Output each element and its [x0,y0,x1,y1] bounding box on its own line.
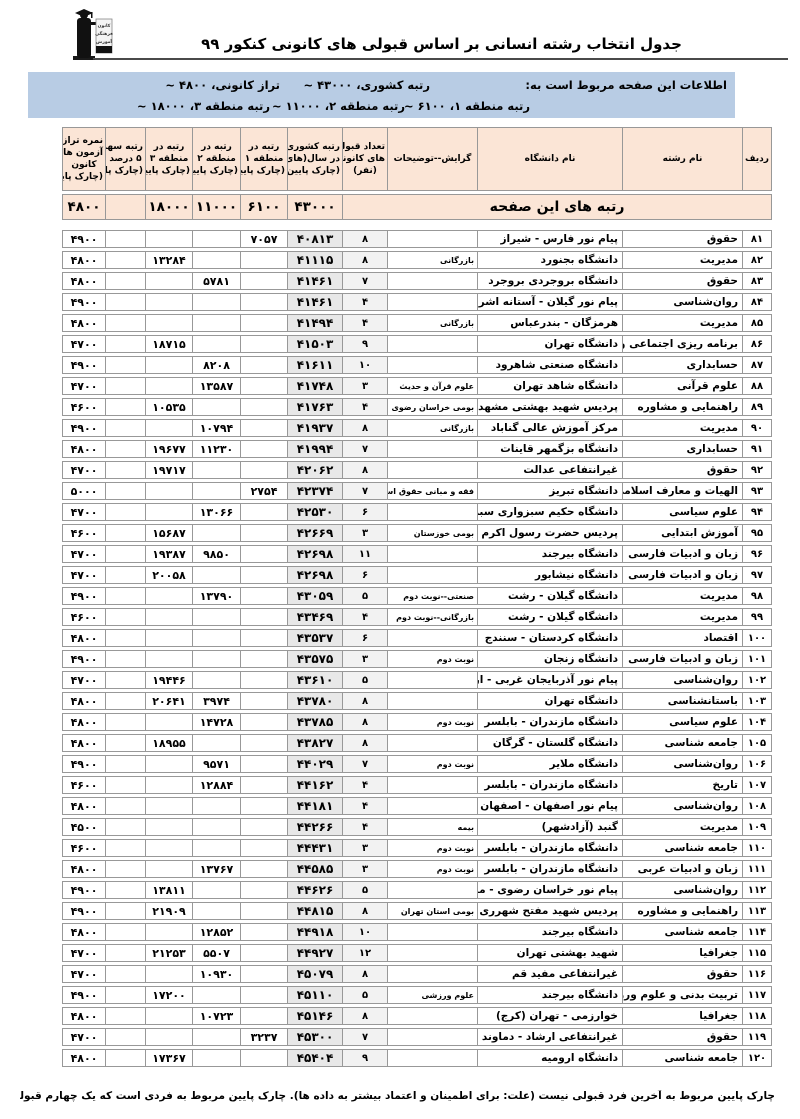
cell-university: دانشگاه زنجان [477,650,622,668]
cell-score: ۴۸۰۰ [62,440,105,458]
cell-notes [387,797,477,815]
table-row: ۹۸مدیریتدانشگاه گیلان - رشتصنعتی--نوبت د… [62,587,772,605]
cell-count: ۴ [342,314,387,332]
cell-region3: ۱۹۶۷۷ [145,440,192,458]
cell-notes [387,944,477,962]
cell-notes: صنعتی--نوبت دوم [387,587,477,605]
cell-region2: ۱۲۸۸۴ [192,776,240,794]
summary-region3: ۱۸۰۰۰ [145,194,192,220]
cell-university: خوارزمی - تهران (کرج) [477,1007,622,1025]
cell-count: ۸ [342,965,387,983]
cell-row: ۹۶ [742,545,772,563]
cell-count: ۶ [342,629,387,647]
cell-row: ۱۰۶ [742,755,772,773]
cell-notes [387,440,477,458]
cell-row: ۱۱۸ [742,1007,772,1025]
cell-quota5 [105,755,145,773]
cell-notes: نوبت دوم [387,755,477,773]
cell-count: ۳ [342,377,387,395]
cell-notes [387,503,477,521]
cell-region1 [240,293,287,311]
cell-university: دانشگاه نیشابور [477,566,622,584]
cell-row: ۱۰۴ [742,713,772,731]
cell-university: دانشگاه ارومیه [477,1049,622,1067]
cell-major: باستانشناسی [622,692,742,710]
summary-region1: ۶۱۰۰ [240,194,287,220]
cell-region3 [145,230,192,248]
cell-national: ۴۳۶۱۰ [287,671,342,689]
table-row: ۸۶برنامه ریزی اجتماعی و تعاوندانشگاه تهر… [62,335,772,353]
cell-notes: علوم قرآن و حدیث [387,377,477,395]
cell-score: ۴۶۰۰ [62,524,105,542]
info-label: اطلاعات این صفحه مربوط است به: [525,78,727,92]
cell-score: ۴۸۰۰ [62,923,105,941]
cell-notes: بومی استان تهران [387,902,477,920]
cell-score: ۴۸۰۰ [62,272,105,290]
cell-count: ۸ [342,251,387,269]
cell-national: ۴۴۰۲۹ [287,755,342,773]
cell-score: ۴۹۰۰ [62,881,105,899]
cell-score: ۴۷۰۰ [62,965,105,983]
cell-region1 [240,755,287,773]
cell-major: اقتصاد [622,629,742,647]
cell-count: ۱۲ [342,944,387,962]
cell-major: حقوق [622,461,742,479]
cell-region2: ۳۹۷۴ [192,692,240,710]
cell-row: ۸۳ [742,272,772,290]
cell-quota5 [105,944,145,962]
table-row: ۸۷حسابداریدانشگاه صنعتی شاهرود۱۰۴۱۶۱۱۸۲۰… [62,356,772,374]
column-header-count: تعداد قبولیهای کانونی(نفر) [342,127,387,191]
cell-region2: ۸۲۰۸ [192,356,240,374]
cell-count: ۳ [342,650,387,668]
cell-region1 [240,965,287,983]
cell-quota5 [105,272,145,290]
cell-national: ۴۵۱۱۰ [287,986,342,1004]
cell-national: ۴۱۴۶۱ [287,293,342,311]
table-row: ۸۳حقوقدانشگاه بروجردی بروجرد۷۴۱۴۶۱۵۷۸۱۴۸… [62,272,772,290]
cell-national: ۴۴۴۳۱ [287,839,342,857]
cell-major: مدیریت [622,608,742,626]
cell-major: تاریخ [622,776,742,794]
cell-count: ۵ [342,587,387,605]
cell-score: ۴۸۰۰ [62,713,105,731]
cell-university: پیام نور آذربایجان غربی - ارومیه [477,671,622,689]
cell-quota5 [105,671,145,689]
cell-score: ۴۸۰۰ [62,1049,105,1067]
cell-region3 [145,818,192,836]
cell-region2: ۱۲۸۵۲ [192,923,240,941]
cell-score: ۴۷۰۰ [62,944,105,962]
cell-count: ۳ [342,839,387,857]
cell-notes: علوم ورزشی [387,986,477,1004]
cell-count: ۱۰ [342,356,387,374]
cell-quota5 [105,566,145,584]
cell-quota5 [105,440,145,458]
cell-region3 [145,377,192,395]
column-header-region1: رتبه درمنطقه ۱(چارک پایین) [240,127,287,191]
cell-quota5 [105,356,145,374]
cell-region3: ۱۹۷۱۷ [145,461,192,479]
cell-region1 [240,902,287,920]
cell-region2 [192,398,240,416]
cell-major: روان‌شناسی [622,671,742,689]
cell-national: ۴۳۵۳۷ [287,629,342,647]
cell-major: جغرافیا [622,944,742,962]
cell-national: ۴۲۵۳۰ [287,503,342,521]
cell-national: ۴۵۱۴۶ [287,1007,342,1025]
cell-national: ۴۰۸۱۳ [287,230,342,248]
cell-count: ۱۱ [342,545,387,563]
cell-notes [387,923,477,941]
cell-national: ۴۳۰۵۹ [287,587,342,605]
cell-quota5 [105,650,145,668]
cell-notes [387,692,477,710]
cell-notes [387,272,477,290]
cell-national: ۴۴۱۸۱ [287,797,342,815]
cell-quota5 [105,902,145,920]
cell-region3 [145,314,192,332]
table-row: ۱۱۲روان‌شناسیپیام نور خراسان رضوی - مشهد… [62,881,772,899]
cell-score: ۴۷۰۰ [62,671,105,689]
cell-region3: ۱۳۲۸۴ [145,251,192,269]
table-row: ۸۱حقوقپیام نور فارس - شیراز۸۴۰۸۱۳۷۰۵۷۴۹۰… [62,230,772,248]
cell-score: ۴۸۰۰ [62,797,105,815]
cell-score: ۴۸۰۰ [62,734,105,752]
cell-region3: ۱۵۶۸۷ [145,524,192,542]
cell-score: ۴۸۰۰ [62,692,105,710]
cell-region3 [145,755,192,773]
cell-row: ۱۰۳ [742,692,772,710]
cell-count: ۷ [342,482,387,500]
cell-region1 [240,734,287,752]
cell-count: ۹ [342,1049,387,1067]
table-row: ۱۰۱زبان و ادبیات فارسیدانشگاه زنجاننوبت … [62,650,772,668]
cell-university: دانشگاه بروجردی بروجرد [477,272,622,290]
cell-row: ۸۱ [742,230,772,248]
cell-notes: بازرگانی [387,419,477,437]
cell-region1 [240,377,287,395]
cell-quota5 [105,839,145,857]
cell-notes [387,776,477,794]
cell-university: دانشگاه تبریز [477,482,622,500]
cell-region2: ۹۵۷۱ [192,755,240,773]
cell-row: ۹۳ [742,482,772,500]
cell-quota5 [105,419,145,437]
cell-region2: ۱۴۷۲۸ [192,713,240,731]
cell-count: ۱۰ [342,923,387,941]
cell-region1 [240,419,287,437]
cell-row: ۹۷ [742,566,772,584]
cell-university: مرکز آموزش عالی گناباد [477,419,622,437]
cell-university: پیام نور خراسان رضوی - مشهد [477,881,622,899]
cell-region1 [240,692,287,710]
cell-quota5 [105,713,145,731]
table-row: ۸۸علوم قرآنیدانشگاه شاهد تهرانعلوم قرآن … [62,377,772,395]
cell-row: ۱۰۹ [742,818,772,836]
cell-region1: ۲۷۵۴ [240,482,287,500]
cell-score: ۴۶۰۰ [62,776,105,794]
cell-region2 [192,566,240,584]
cell-national: ۴۱۴۶۱ [287,272,342,290]
cell-count: ۵ [342,671,387,689]
table-header-row: ردیفنام رشتهنام دانشگاهگرایش--توضیحاتتعد… [62,127,772,191]
cell-region3 [145,650,192,668]
cell-major: زبان و ادبیات فارسی [622,545,742,563]
cell-university: غیرانتفاعی مفید قم [477,965,622,983]
cell-row: ۱۲۰ [742,1049,772,1067]
cell-score: ۴۷۰۰ [62,1028,105,1046]
cell-national: ۴۱۹۹۴ [287,440,342,458]
cell-quota5 [105,587,145,605]
cell-region1 [240,398,287,416]
cell-count: ۸ [342,902,387,920]
cell-national: ۴۲۶۶۹ [287,524,342,542]
cell-count: ۴ [342,608,387,626]
summary-region2: ۱۱۰۰۰ [192,194,240,220]
cell-university: گنبد (آزادشهر) [477,818,622,836]
cell-region2 [192,335,240,353]
cell-region3: ۱۸۷۱۵ [145,335,192,353]
cell-major: زبان و ادبیات عربی [622,860,742,878]
cell-national: ۴۳۷۸۵ [287,713,342,731]
cell-quota5 [105,293,145,311]
cell-score: ۴۶۰۰ [62,398,105,416]
cell-count: ۸ [342,692,387,710]
cell-quota5 [105,398,145,416]
cell-count: ۸ [342,230,387,248]
cell-national: ۴۳۸۲۷ [287,734,342,752]
cell-national: ۴۳۷۸۰ [287,692,342,710]
cell-university: دانشگاه تهران [477,335,622,353]
cell-major: مدیریت [622,251,742,269]
cell-score: ۴۷۰۰ [62,503,105,521]
cell-major: زبان و ادبیات فارسی [622,650,742,668]
cell-national: ۴۱۷۴۸ [287,377,342,395]
cell-row: ۸۶ [742,335,772,353]
cell-region2: ۱۳۵۸۷ [192,377,240,395]
cell-region3 [145,713,192,731]
cell-row: ۹۵ [742,524,772,542]
cell-row: ۱۱۱ [742,860,772,878]
cell-quota5 [105,776,145,794]
cell-region3 [145,965,192,983]
cell-quota5 [105,335,145,353]
table-row: ۱۱۹حقوقغیرانتفاعی ارشاد - دماوند (تهران)… [62,1028,772,1046]
cell-region2 [192,902,240,920]
cell-university: دانشگاه گلستان - گرگان [477,734,622,752]
info-kanoon-score: تراز کانونی، ۴۸۰۰ ~ [165,78,280,92]
cell-count: ۷ [342,1028,387,1046]
table-row: ۹۲حقوقغیرانتفاعی عدالت۸۴۲۰۶۲۱۹۷۱۷۴۷۰۰ [62,461,772,479]
cell-row: ۱۱۳ [742,902,772,920]
cell-national: ۴۲۰۶۲ [287,461,342,479]
cell-region1 [240,272,287,290]
cell-count: ۳ [342,860,387,878]
cell-quota5 [105,797,145,815]
cell-region2 [192,839,240,857]
cell-university: دانشگاه مازندران - بابلسر [477,713,622,731]
cell-university: دانشگاه مازندران - بابلسر [477,839,622,857]
summary-quota5 [105,194,145,220]
cell-major: مدیریت [622,818,742,836]
cell-region1 [240,608,287,626]
cell-national: ۴۵۳۰۰ [287,1028,342,1046]
cell-count: ۴ [342,398,387,416]
table-row: ۱۱۸جغرافیاخوارزمی - تهران (کرج)۸۴۵۱۴۶۱۰۷… [62,1007,772,1025]
cell-region3: ۱۷۲۰۰ [145,986,192,1004]
cell-score: ۴۸۰۰ [62,314,105,332]
cell-major: جامعه شناسی [622,1049,742,1067]
cell-quota5 [105,1007,145,1025]
cell-university: دانشگاه حکیم سبزواری سبزوار [477,503,622,521]
cell-count: ۹ [342,335,387,353]
cell-score: ۴۹۰۰ [62,293,105,311]
cell-score: ۴۷۰۰ [62,335,105,353]
cell-region3: ۱۳۸۱۱ [145,881,192,899]
cell-region3 [145,587,192,605]
cell-score: ۴۷۰۰ [62,377,105,395]
cell-region1 [240,671,287,689]
page-info-banner: اطلاعات این صفحه مربوط است به: رتبه کشور… [28,72,735,118]
table-row: ۱۰۳باستانشناسیدانشگاه تهران۸۴۳۷۸۰۳۹۷۴۲۰۶… [62,692,772,710]
cell-row: ۹۴ [742,503,772,521]
cell-quota5 [105,692,145,710]
cell-row: ۸۵ [742,314,772,332]
cell-notes: نوبت دوم [387,650,477,668]
spacer-row [62,223,772,227]
cell-count: ۶ [342,566,387,584]
cell-score: ۵۰۰۰ [62,482,105,500]
cell-quota5 [105,1028,145,1046]
cell-major: روان‌شناسی [622,881,742,899]
cell-region2 [192,671,240,689]
cell-major: برنامه ریزی اجتماعی و تعاون [622,335,742,353]
cell-region3: ۲۰۰۵۸ [145,566,192,584]
cell-notes [387,545,477,563]
cell-university: غیرانتفاعی عدالت [477,461,622,479]
cell-national: ۴۴۲۶۶ [287,818,342,836]
cell-university: دانشگاه گیلان - رشت [477,587,622,605]
cell-national: ۴۱۶۱۱ [287,356,342,374]
cell-row: ۱۰۸ [742,797,772,815]
cell-quota5 [105,860,145,878]
cell-region1 [240,923,287,941]
table-row: ۹۶زبان و ادبیات فارسیدانشگاه بیرجند۱۱۴۲۶… [62,545,772,563]
cell-region3: ۱۹۴۴۶ [145,671,192,689]
cell-region2 [192,230,240,248]
cell-national: ۴۱۴۹۴ [287,314,342,332]
table-row: ۸۵مدیریتهرمزگان - بندرعباسبازرگانی۴۴۱۴۹۴… [62,314,772,332]
cell-national: ۴۵۴۰۴ [287,1049,342,1067]
cell-quota5 [105,608,145,626]
column-header-score: نمره تراز درآزمون هایکانون(چارک پایین) [62,127,105,191]
cell-notes [387,335,477,353]
cell-row: ۱۰۲ [742,671,772,689]
cell-notes: نوبت دوم [387,713,477,731]
table-row: ۱۱۶حقوقغیرانتفاعی مفید قم۸۴۵۰۷۹۱۰۹۳۰۴۷۰۰ [62,965,772,983]
table-row: ۱۰۹مدیریتگنبد (آزادشهر)بیمه۴۴۴۲۶۶۴۵۰۰ [62,818,772,836]
cell-row: ۱۰۷ [742,776,772,794]
table-row: ۹۵آموزش ابتداییپردیس حضرت رسول اکرم اهوا… [62,524,772,542]
cell-university: دانشگاه شاهد تهران [477,377,622,395]
cell-region3: ۱۹۳۸۷ [145,545,192,563]
footer-note: چارک پایین مربوط به آخرین فرد قبولی نیست… [20,1090,775,1102]
cell-count: ۸ [342,734,387,752]
cell-region2 [192,1049,240,1067]
column-header-row: ردیف [742,127,772,191]
cell-quota5 [105,629,145,647]
cell-notes [387,734,477,752]
cell-region1 [240,818,287,836]
cell-count: ۶ [342,503,387,521]
cell-count: ۸ [342,419,387,437]
cell-region1 [240,986,287,1004]
cell-major: روان‌شناسی [622,293,742,311]
cell-region3 [145,797,192,815]
cell-notes [387,881,477,899]
cell-region2: ۹۸۵۰ [192,545,240,563]
cell-score: ۴۹۰۰ [62,356,105,374]
cell-quota5 [105,314,145,332]
cell-region1 [240,839,287,857]
admissions-table: ردیفنام رشتهنام دانشگاهگرایش--توضیحاتتعد… [62,124,772,1070]
table-row: ۸۹راهنمایی و مشاورهپردیس شهید بهشتی مشهد… [62,398,772,416]
cell-notes: بازرگانی [387,251,477,269]
cell-count: ۴ [342,293,387,311]
cell-row: ۱۰۱ [742,650,772,668]
cell-row: ۱۰۵ [742,734,772,752]
cell-university: دانشگاه بیرجند [477,986,622,1004]
cell-region3: ۲۰۶۴۱ [145,692,192,710]
cell-major: زبان و ادبیات فارسی [622,566,742,584]
table-row: ۱۰۰اقتصاددانشگاه کردستان - سنندج۶۴۳۵۳۷۴۸… [62,629,772,647]
cell-major: حسابداری [622,356,742,374]
cell-score: ۴۷۰۰ [62,461,105,479]
cell-row: ۸۷ [742,356,772,374]
info-region3-rank: رتبه منطقه ۳، ۱۸۰۰۰ ~ [137,99,270,113]
column-header-notes: گرایش--توضیحات [387,127,477,191]
cell-university: هرمزگان - بندرعباس [477,314,622,332]
cell-quota5 [105,251,145,269]
cell-major: حقوق [622,965,742,983]
cell-university: دانشگاه صنعتی شاهرود [477,356,622,374]
cell-university: دانشگاه بجنورد [477,251,622,269]
cell-notes: نوبت دوم [387,839,477,857]
cell-university: شهید بهشتی تهران [477,944,622,962]
cell-national: ۴۴۸۱۵ [287,902,342,920]
cell-row: ۸۴ [742,293,772,311]
cell-region2 [192,293,240,311]
cell-major: علوم سیاسی [622,503,742,521]
cell-quota5 [105,482,145,500]
table-row: ۱۱۳راهنمایی و مشاورهپردیس شهید مفتح شهرر… [62,902,772,920]
cell-region2: ۵۵۰۷ [192,944,240,962]
cell-region3 [145,608,192,626]
cell-university: پیام نور گیلان - آستانه اشرفیه [477,293,622,311]
cell-national: ۴۱۵۰۳ [287,335,342,353]
cell-university: دانشگاه مازندران - بابلسر [477,860,622,878]
cell-region1 [240,545,287,563]
cell-region1 [240,713,287,731]
cell-count: ۵ [342,881,387,899]
cell-count: ۷ [342,755,387,773]
cell-notes: بیمه [387,818,477,836]
table-row: ۹۷زبان و ادبیات فارسیدانشگاه نیشابور۶۴۲۶… [62,566,772,584]
cell-row: ۹۲ [742,461,772,479]
cell-quota5 [105,503,145,521]
cell-university: پردیس شهید بهشتی مشهد [477,398,622,416]
